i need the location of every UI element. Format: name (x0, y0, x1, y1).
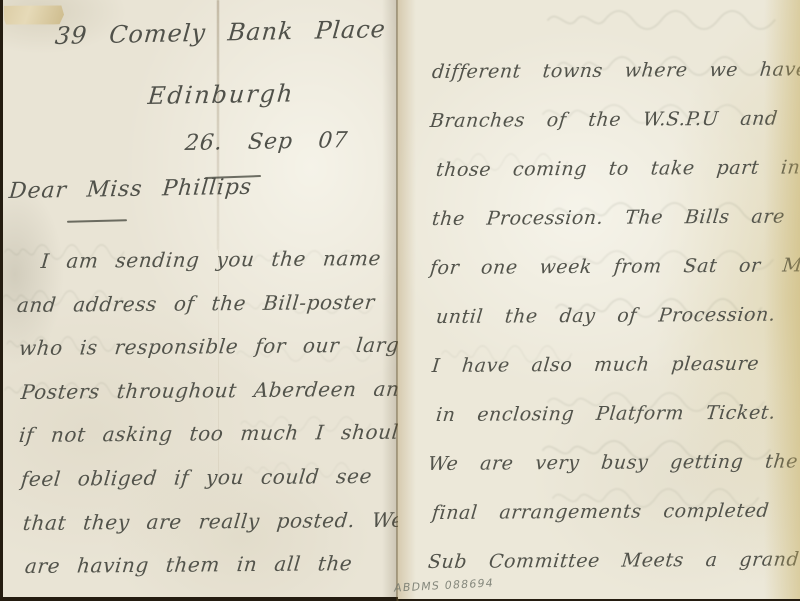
scanned-letter: 39 Comely Bank Place Edinburgh 26. Sep 0… (0, 0, 800, 601)
pen-dash-under-salutation (67, 219, 127, 223)
letter-page-right: different towns where we have Branches o… (398, 0, 800, 599)
letter-line: I am sending you the name (39, 237, 397, 284)
letter-line: until the day of Procession. (434, 290, 799, 342)
date-line: 26. Sep 07 (184, 128, 349, 156)
letter-line: We are very busy getting the (426, 437, 799, 489)
letter-line: for one week from Sat or Mon. (428, 241, 799, 293)
letter-line: those coming to take part in (434, 143, 799, 195)
letter-line: Branches of the W.S.P.U and (428, 94, 799, 146)
letter-line: if not asking too much I should (17, 411, 397, 458)
letter-line: final arrangements completed (430, 486, 799, 538)
letter-line: I have also much pleasure (430, 339, 799, 391)
letter-line: are having them in all the (23, 542, 397, 589)
right-page-body: different towns where we have Branches o… (428, 48, 796, 587)
letter-line: feel obliged if you could see (19, 455, 397, 502)
address-line-2: Edinburgh (147, 79, 296, 110)
letter-line: in enclosing Platform Ticket. (434, 388, 799, 440)
letter-line: and address of the Bill-poster (15, 280, 397, 327)
letter-line: who is responsible for our large (17, 324, 397, 371)
salutation: Dear Miss Phillips (8, 175, 253, 204)
address-line-1: 39 Comely Bank Place (54, 15, 387, 50)
left-page-body: I am sending you the name and address of… (15, 240, 395, 589)
letter-line: the Procession. The Bills are (430, 192, 799, 244)
letter-line: different towns where we have (430, 45, 799, 97)
letter-line: Posters throughout Aberdeen and (19, 367, 397, 414)
letter-line: that they are really posted. We (21, 498, 397, 545)
letter-page-left: 39 Comely Bank Place Edinburgh 26. Sep 0… (3, 0, 398, 597)
